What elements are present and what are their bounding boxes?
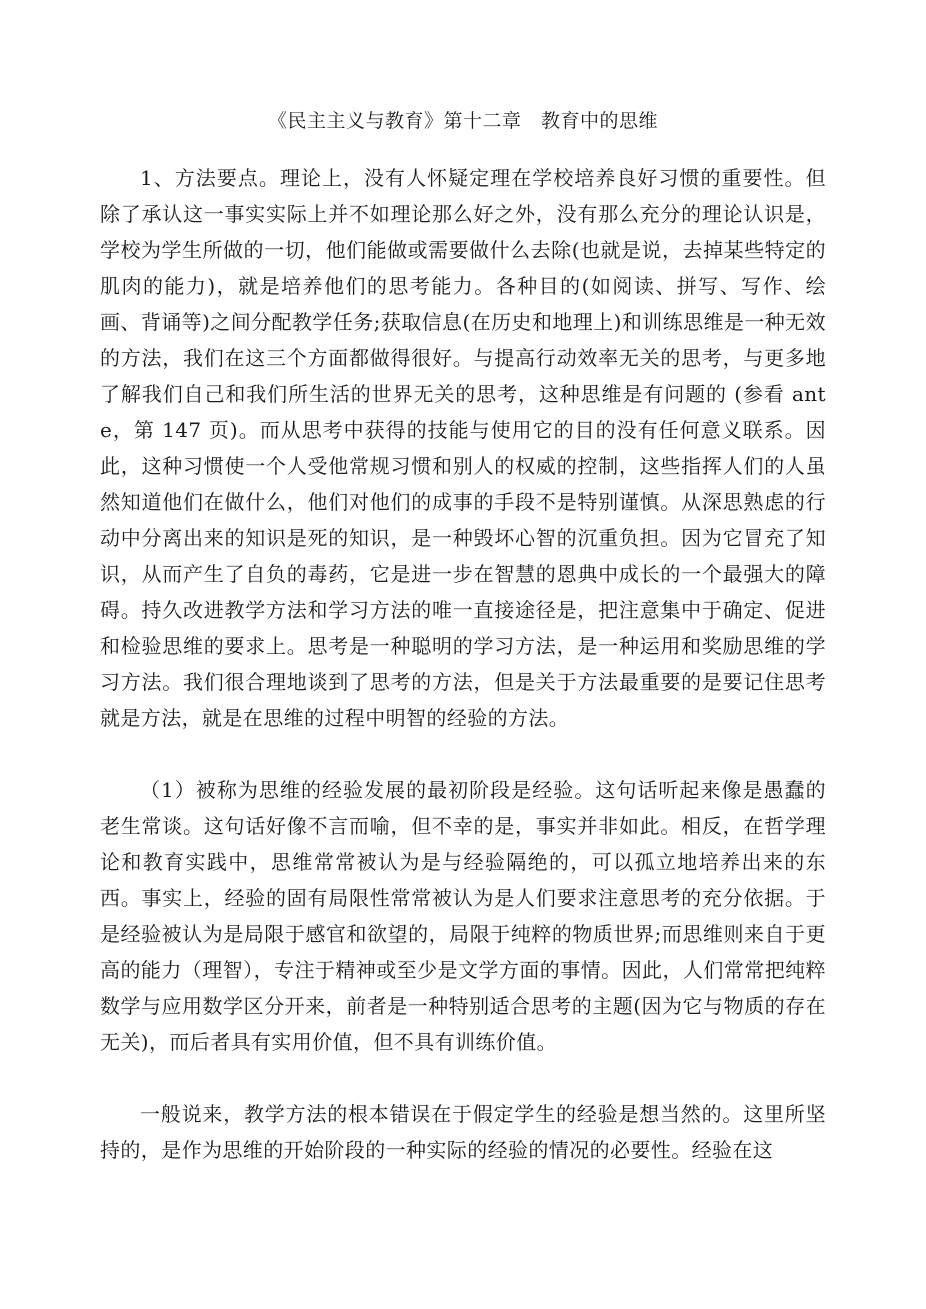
document-page: 《民主主义与教育》第十二章 教育中的思维 1、方法要点。理论上，没有人怀疑定理在… [0,0,926,1309]
document-content: 《民主主义与教育》第十二章 教育中的思维 1、方法要点。理论上，没有人怀疑定理在… [100,0,826,1168]
paragraph-experience-initial-stage: （1）被称为思维的经验发展的最初阶段是经验。这句话听起来像是愚蠢的老生常谈。这句… [100,772,826,1060]
paragraph-teaching-method-error: 一般说来，教学方法的根本错误在于假定学生的经验是想当然的。这里所坚持的，是作为思… [100,1096,826,1168]
document-title: 《民主主义与教育》第十二章 教育中的思维 [100,108,826,134]
paragraph-method-essentials: 1、方法要点。理论上，没有人怀疑定理在学校培养良好习惯的重要性。但除了承认这一事… [100,160,826,736]
